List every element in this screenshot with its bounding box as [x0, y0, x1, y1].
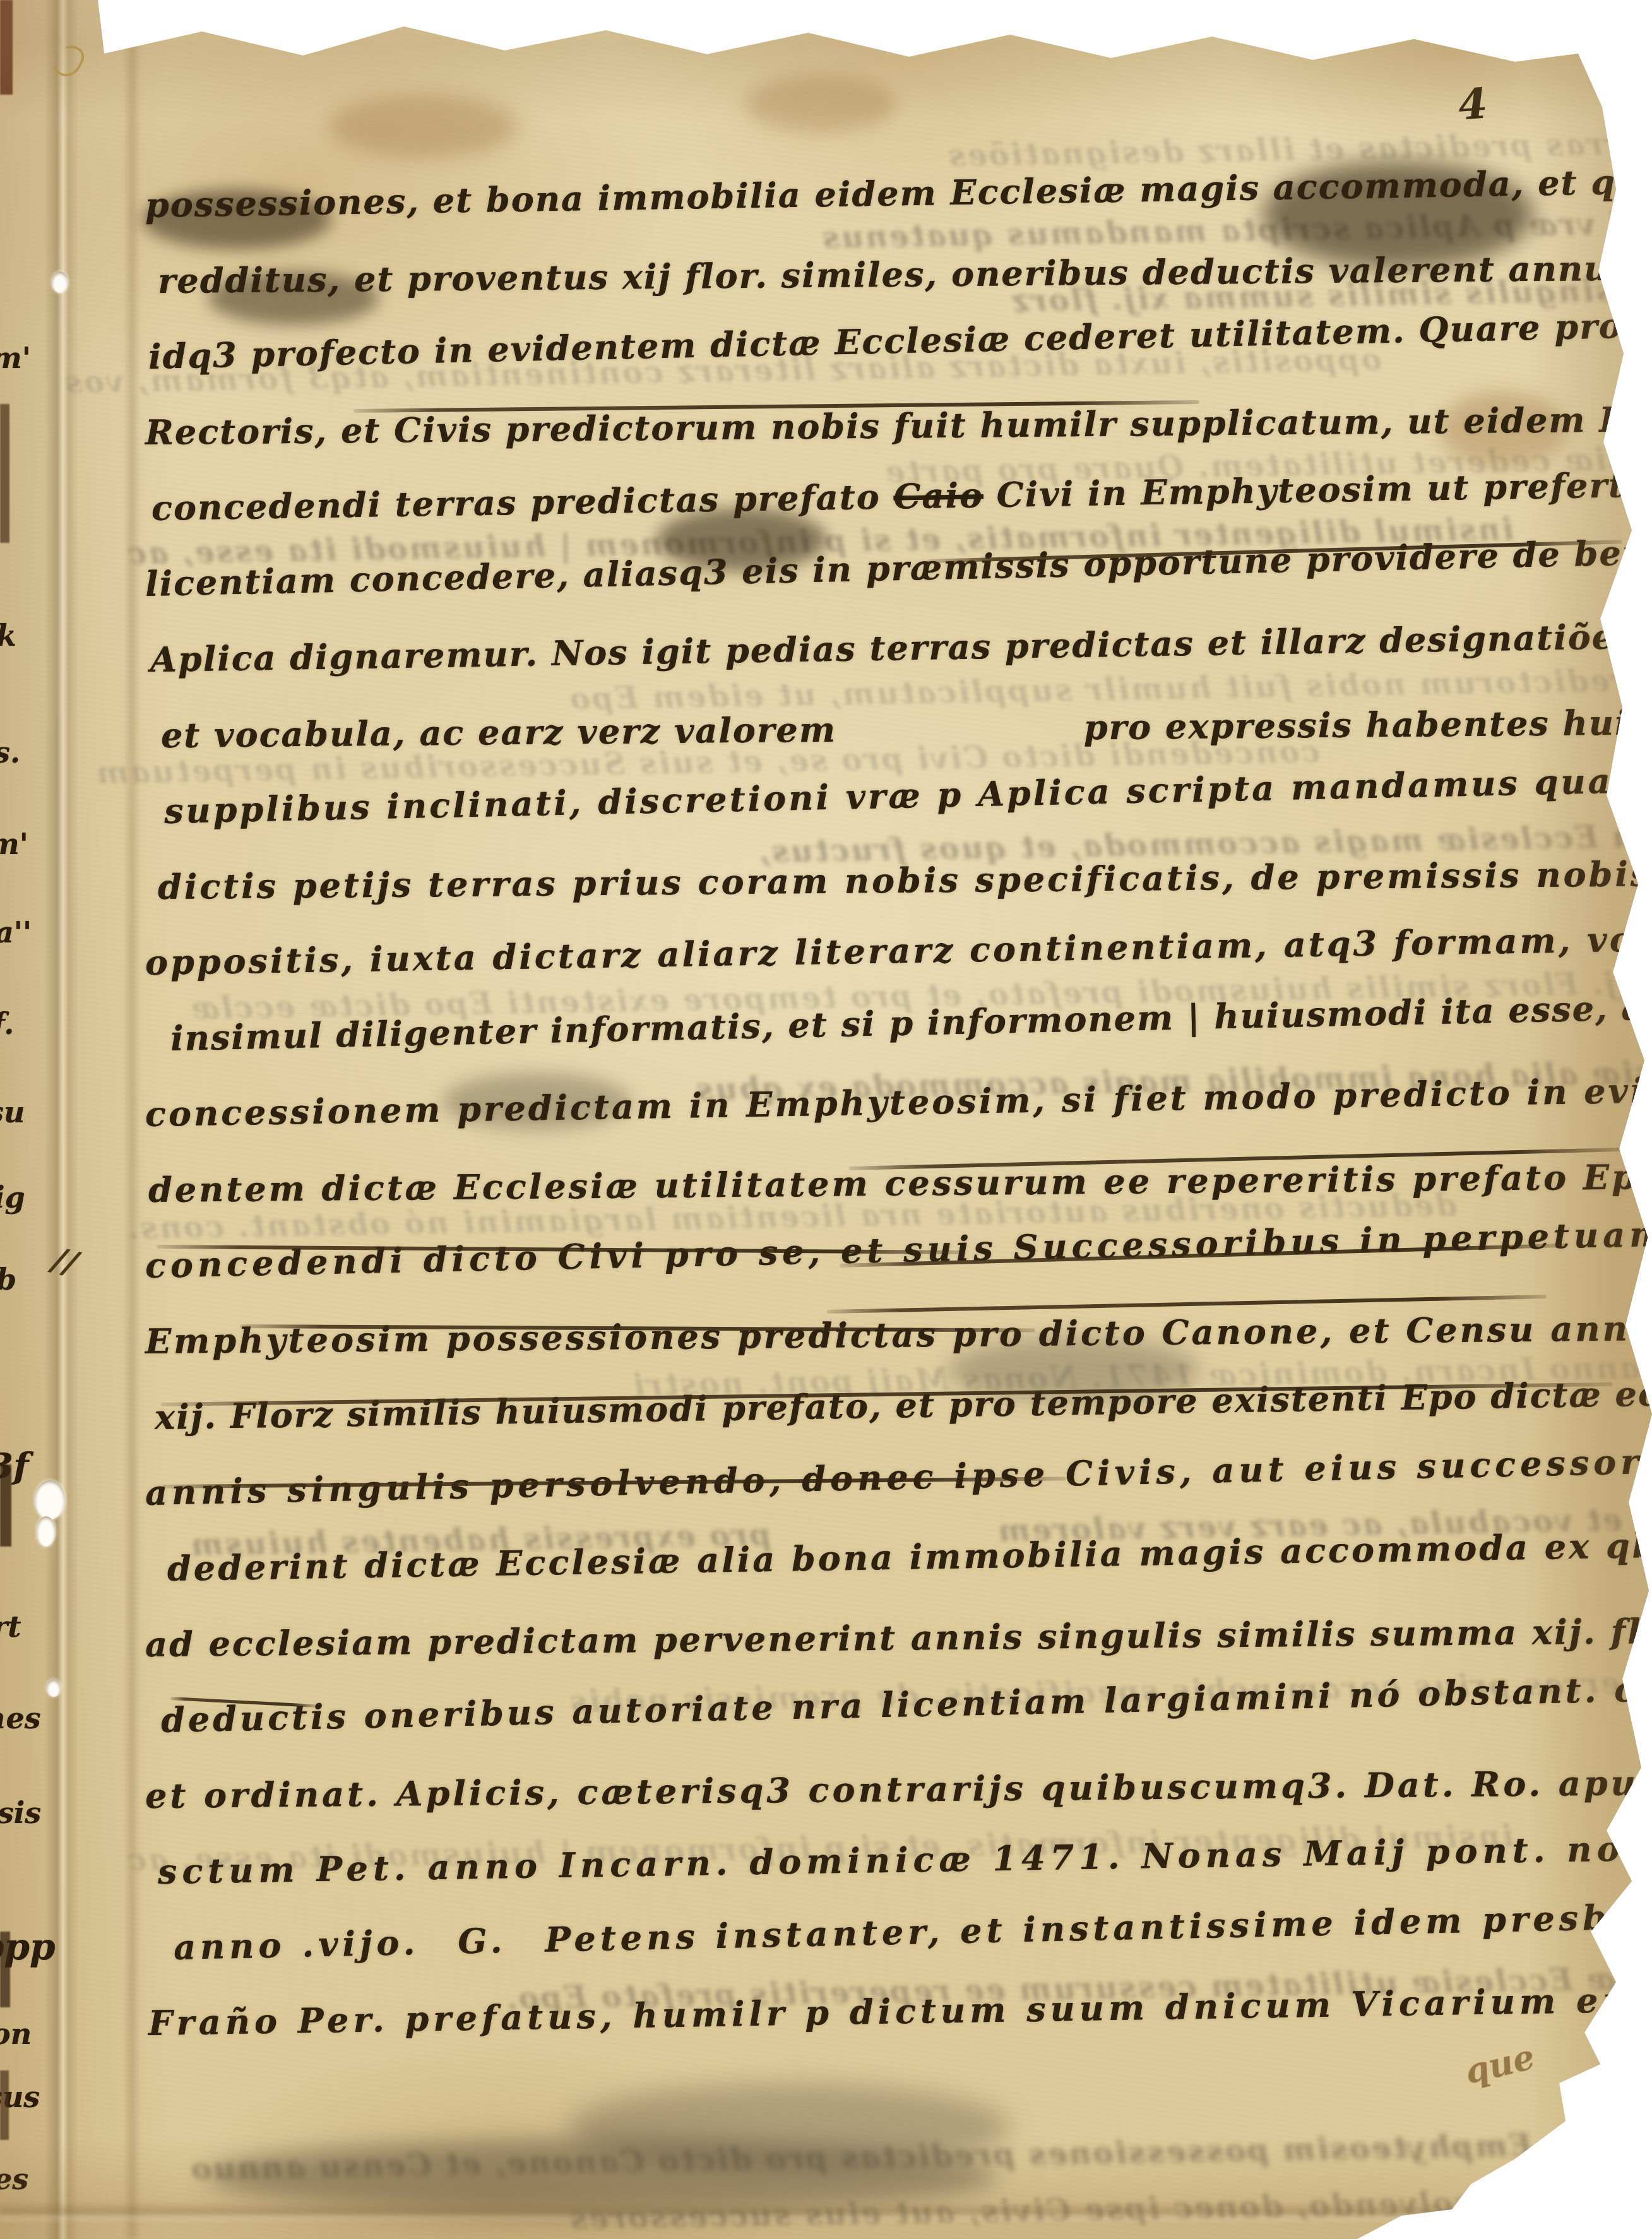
left-strip-fragment: s.	[0, 735, 20, 769]
sewing-hole	[52, 271, 68, 293]
scan-edge-mark	[0, 0, 13, 95]
sewing-hole	[35, 1480, 65, 1519]
text-line: et ordinat. Aplicis, cæterisq3 contrarij…	[145, 1762, 1652, 1818]
left-strip-fragment: su	[0, 1095, 25, 1129]
left-strip-fragment: rt	[0, 1610, 21, 1644]
left-strip-fragment: a''	[0, 915, 32, 949]
left-strip-fragment: m'	[0, 341, 31, 375]
left-strip-fragment: ig	[0, 1180, 25, 1215]
left-strip-fragment: hes	[0, 1701, 41, 1735]
left-strip-fragment: m'	[0, 827, 28, 861]
left-strip-fragment: b	[0, 1262, 16, 1297]
text-line: annis singulis persolvendo, donec ipse C…	[145, 1440, 1652, 1515]
paper-stain	[328, 95, 518, 158]
text-line: et vocabula, ac earz verz valorem pro ex…	[161, 701, 1652, 757]
manuscript-page: m' k s. m' a'' f. su ig b Bf rt hes ssis…	[0, 0, 1652, 2239]
text-line: dictis petijs terras prius coram nobis s…	[158, 853, 1652, 908]
left-strip-fragment: k	[0, 619, 16, 653]
left-crease-line	[124, 0, 140, 2239]
text-line: ad ecclesiam predictam pervenerint annis…	[145, 1610, 1652, 1666]
scan-edge-mark	[0, 1932, 10, 2007]
left-strip-fragment: es	[0, 2162, 28, 2196]
scan-edge-mark	[0, 1464, 11, 1547]
ink-smudge	[568, 2083, 1010, 2171]
text-segment: Civi in Emphyteosim ut prefert'	[983, 465, 1637, 515]
sewing-hole	[37, 1516, 56, 1547]
text-line: anno .vijo. G. Petens instanter, et inst…	[173, 1896, 1634, 1969]
manuscript-scan: m' k s. m' a'' f. su ig b Bf rt hes ssis…	[0, 0, 1652, 2239]
scan-edge-mark	[0, 2070, 9, 2140]
scan-edge-mark	[0, 404, 9, 543]
struck-word: Caio	[893, 475, 983, 516]
left-strip-fragment: f.	[0, 1007, 14, 1041]
paper-stain	[745, 76, 896, 133]
page-number: 4	[1456, 78, 1489, 129]
catchword: que	[1461, 2036, 1539, 2092]
left-strip-fragment: on	[0, 2017, 32, 2051]
facing-page-edge: m' k s. m' a'' f. su ig b Bf rt hes ssis…	[0, 0, 112, 2239]
left-strip-fragment: ssis	[0, 1796, 41, 1830]
sewing-hole	[47, 1679, 61, 1697]
